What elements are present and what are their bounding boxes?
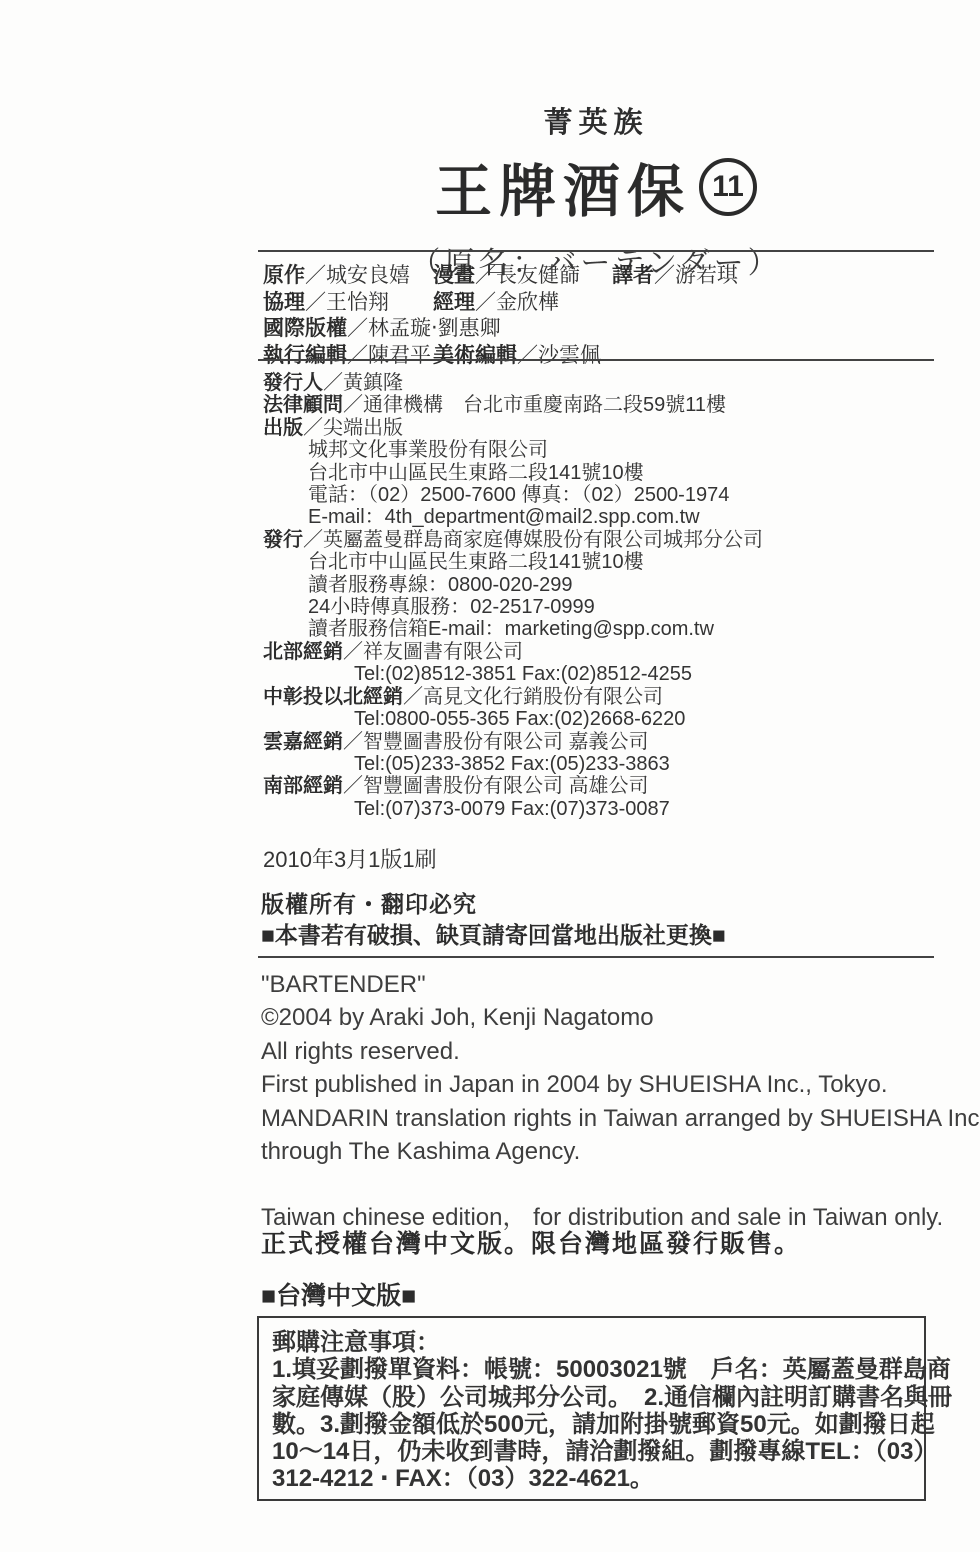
credit-separator: ／ [347,344,368,367]
colophon-line: 雲嘉經銷／智豐圖書股份有限公司 嘉義公司 [263,731,953,753]
colophon-line: E-mail：4th_department@mail2.spp.com.tw [263,506,953,528]
damage-replacement-notice: ■本書若有破損、缺頁請寄回當地出版社更換■ [261,917,726,950]
page-title: 王牌酒保 11 [258,146,934,228]
colophon-value: 祥友圖書有限公司 [363,641,523,663]
credit-value: 長友健篩 [496,264,580,287]
english-copyright-line: MANDARIN translation rights in Taiwan ar… [261,1102,980,1135]
colophon-line: 讀者服務專線：0800-020-299 [263,574,953,596]
colophon-line: 城邦文化事業股份有限公司 [263,439,953,461]
colophon-line: 台北市中山區民生東路二段141號10樓 [263,551,953,573]
book-title: 王牌酒保 [435,146,691,228]
colophon-value: Tel:(02)8512-3851 Fax:(02)8512-4255 [354,663,692,685]
copyright-notice: 版權所有・翻印必究 [261,886,477,919]
credit-value: 城安良嬉 [326,264,410,287]
colophon-line: 24小時傳真服務：02-2517-0999 [263,596,953,618]
colophon-line: 北部經銷／祥友圖書有限公司 [263,641,953,663]
colophon-line: 讀者服務信箱E-mail：marketing@spp.com.tw [263,618,953,640]
credit-separator: ／ [517,344,538,367]
credit-separator: ／ [305,264,326,287]
credit-label: 執行編輯 [263,344,347,367]
credit-value: 林孟璇‧劉惠卿 [368,317,501,340]
english-copyright-line: All rights reserved. [261,1035,980,1068]
credit-separator: ／ [305,291,326,314]
colophon-label: 出版 [263,417,303,439]
colophon-value: 城邦文化事業股份有限公司 [308,439,548,461]
colophon-line: 電話：（02）2500-7600 傳真：（02）2500-1974 [263,484,953,506]
colophon-line: Tel:(07)373-0079 Fax:(07)373-0087 [263,798,953,820]
colophon-value: Tel:(05)233-3852 Fax:(05)233-3863 [354,753,670,775]
credit-label: 譯者 [612,264,654,287]
english-copyright-block: "BARTENDER" ©2004 by Araki Joh, Kenji Na… [261,968,980,1168]
credit-separator: ／ [475,291,496,314]
credit-label: 美術編輯 [433,344,517,367]
colophon-line: Tel:(05)233-3852 Fax:(05)233-3863 [263,753,953,775]
colophon-line: 中彰投以北經銷／高見文化行銷股份有限公司 [263,686,953,708]
colophon-line: 出版／尖端出版 [263,417,953,439]
colophon-label: 北部經銷 [263,641,343,663]
mail-order-line: 312-4212 ‧ FAX：（03）322-4621。 [272,1465,914,1492]
title-block: 菁英族 王牌酒保 11 （原名：バーテンダー） [258,100,934,282]
colophon-label: 發行 [263,529,303,551]
mail-order-line: 10～14日，仍未收到書時，請洽劃撥組。劃撥專線TEL：（03） [272,1438,914,1465]
colophon-value: 智豐圖書股份有限公司 高雄公司 [363,775,649,797]
colophon-value: 讀者服務專線：0800-020-299 [308,574,573,596]
credit-value: 陳君平 [368,344,431,367]
colophon-label: 雲嘉經銷 [263,731,343,753]
credit-row: 國際版權／林孟璇‧劉惠卿 [258,312,934,339]
credit-label: 經理 [433,291,475,314]
colophon-value: 尖端出版 [323,417,403,439]
colophon-line: 發行／英屬蓋曼群島商家庭傳媒股份有限公司城邦分公司 [263,529,953,551]
credit-row: 執行編輯／陳君平 美術編輯／沙雲佩 [258,339,934,366]
taiwan-edition-note-zh: 正式授權台灣中文版。限台灣地區發行販售。 [261,1224,801,1260]
colophon-separator: ／ [303,417,323,439]
colophon-value: 英屬蓋曼群島商家庭傳媒股份有限公司城邦分公司 [323,529,763,551]
colophon-separator: ／ [343,775,363,797]
mail-order-line: 家庭傳媒（股）公司城邦分公司。 2.通信欄內註明訂購書名與冊 [272,1384,914,1411]
credit-separator: ／ [475,264,496,287]
credit-separator: ／ [654,264,675,287]
colophon-line: Tel:(02)8512-3851 Fax:(02)8512-4255 [263,663,953,685]
english-copyright-line: "BARTENDER" [261,968,980,1001]
colophon-line: 法律顧問／通律機構 台北市重慶南路二段59號11樓 [263,394,953,416]
colophon-line: 台北市中山區民生東路二段141號10樓 [263,462,953,484]
colophon-value: 高見文化行銷股份有限公司 [423,686,663,708]
colophon-separator: ／ [323,372,343,394]
colophon-value: 黃鎮隆 [343,372,403,394]
credit-label: 原作 [263,264,305,287]
volume-number-badge: 11 [699,158,757,216]
colophon-value: 通律機構 台北市重慶南路二段59號11樓 [363,394,726,416]
english-copyright-line: First published in Japan in 2004 by SHUE… [261,1068,980,1101]
credit-cell: 國際版權／林孟璇‧劉惠卿 [263,312,501,342]
publisher-colophon: 發行人／黃鎮隆 法律顧問／通律機構 台北市重慶南路二段59號11樓 出版／尖端出… [263,372,953,820]
colophon-line: 發行人／黃鎮隆 [263,372,953,394]
credit-label: 漫畫 [433,264,475,287]
colophon-separator: ／ [343,641,363,663]
colophon-separator: ／ [343,394,363,416]
credit-label: 國際版權 [263,317,347,340]
credit-label: 協理 [263,291,305,314]
mail-order-line: 1.填妥劃撥單資料：帳號：50003021號 戶名：英屬蓋曼群島商 [272,1356,914,1383]
credit-cell: 協理／王怡翔 [263,286,389,316]
colophon-value: Tel:(07)373-0079 Fax:(07)373-0087 [354,798,670,820]
colophon-line: 南部經銷／智豐圖書股份有限公司 高雄公司 [263,775,953,797]
colophon-value: 智豐圖書股份有限公司 嘉義公司 [363,731,649,753]
colophon-label: 發行人 [263,372,323,394]
mail-order-line: 數。3.劃撥金額低於500元，請加附掛號郵資50元。如劃撥日起 [272,1411,914,1438]
colophon-separator: ／ [403,686,423,708]
colophon-value: 讀者服務信箱E-mail：marketing@spp.com.tw [308,618,714,640]
credit-cell: 漫畫／長友健篩 [433,259,580,289]
credit-row: 原作／城安良嬉 漫畫／長友健篩 譯者／游若琪 [258,259,934,286]
colophon-separator: ／ [343,731,363,753]
divider-rule-english [258,956,934,958]
colophon-value: 台北市中山區民生東路二段141號10樓 [308,551,644,573]
mail-order-box: 郵購注意事項： 1.填妥劃撥單資料：帳號：50003021號 戶名：英屬蓋曼群島… [257,1316,926,1501]
colophon-value: 電話：（02）2500-7600 傳真：（02）2500-1974 [308,484,729,506]
staff-credits: 原作／城安良嬉 漫畫／長友健篩 譯者／游若琪 協理／王怡翔 經理／金欣樺 國際版… [258,259,934,365]
credit-cell: 經理／金欣樺 [433,286,559,316]
credit-row: 協理／王怡翔 經理／金欣樺 [258,286,934,313]
mail-order-line: 郵購注意事項： [272,1329,914,1356]
colophon-value: 24小時傳真服務：02-2517-0999 [308,596,595,618]
colophon-label: 法律顧問 [263,394,343,416]
colophon-page: 菁英族 王牌酒保 11 （原名：バーテンダー） 原作／城安良嬉 漫畫／長友健篩 … [0,0,980,1552]
credit-cell: 譯者／游若琪 [612,259,738,289]
colophon-label: 南部經銷 [263,775,343,797]
divider-rule-credits [258,359,934,361]
divider-rule-top [258,250,934,252]
credit-value: 王怡翔 [326,291,389,314]
credit-separator: ／ [347,317,368,340]
credit-cell: 美術編輯／沙雲佩 [433,339,601,369]
colophon-value: E-mail：4th_department@mail2.spp.com.tw [308,506,700,528]
credit-value: 游若琪 [675,264,738,287]
english-copyright-line: ©2004 by Araki Joh, Kenji Nagatomo [261,1001,980,1034]
english-copyright-line: through The Kashima Agency. [261,1135,980,1168]
colophon-value: 台北市中山區民生東路二段141號10樓 [308,462,644,484]
credit-cell: 原作／城安良嬉 [263,259,410,289]
print-date: 2010年3月1版1刷 [263,843,437,874]
credit-cell: 執行編輯／陳君平 [263,339,431,369]
colophon-line: Tel:0800-055-365 Fax:(02)2668-6220 [263,708,953,730]
credit-value: 沙雲佩 [538,344,601,367]
colophon-value: Tel:0800-055-365 Fax:(02)2668-6220 [354,708,685,730]
taiwan-edition-marker: ■台灣中文版■ [261,1276,416,1312]
credit-value: 金欣樺 [496,291,559,314]
series-label: 菁英族 [258,100,934,141]
colophon-label: 中彰投以北經銷 [263,686,403,708]
colophon-separator: ／ [303,529,323,551]
